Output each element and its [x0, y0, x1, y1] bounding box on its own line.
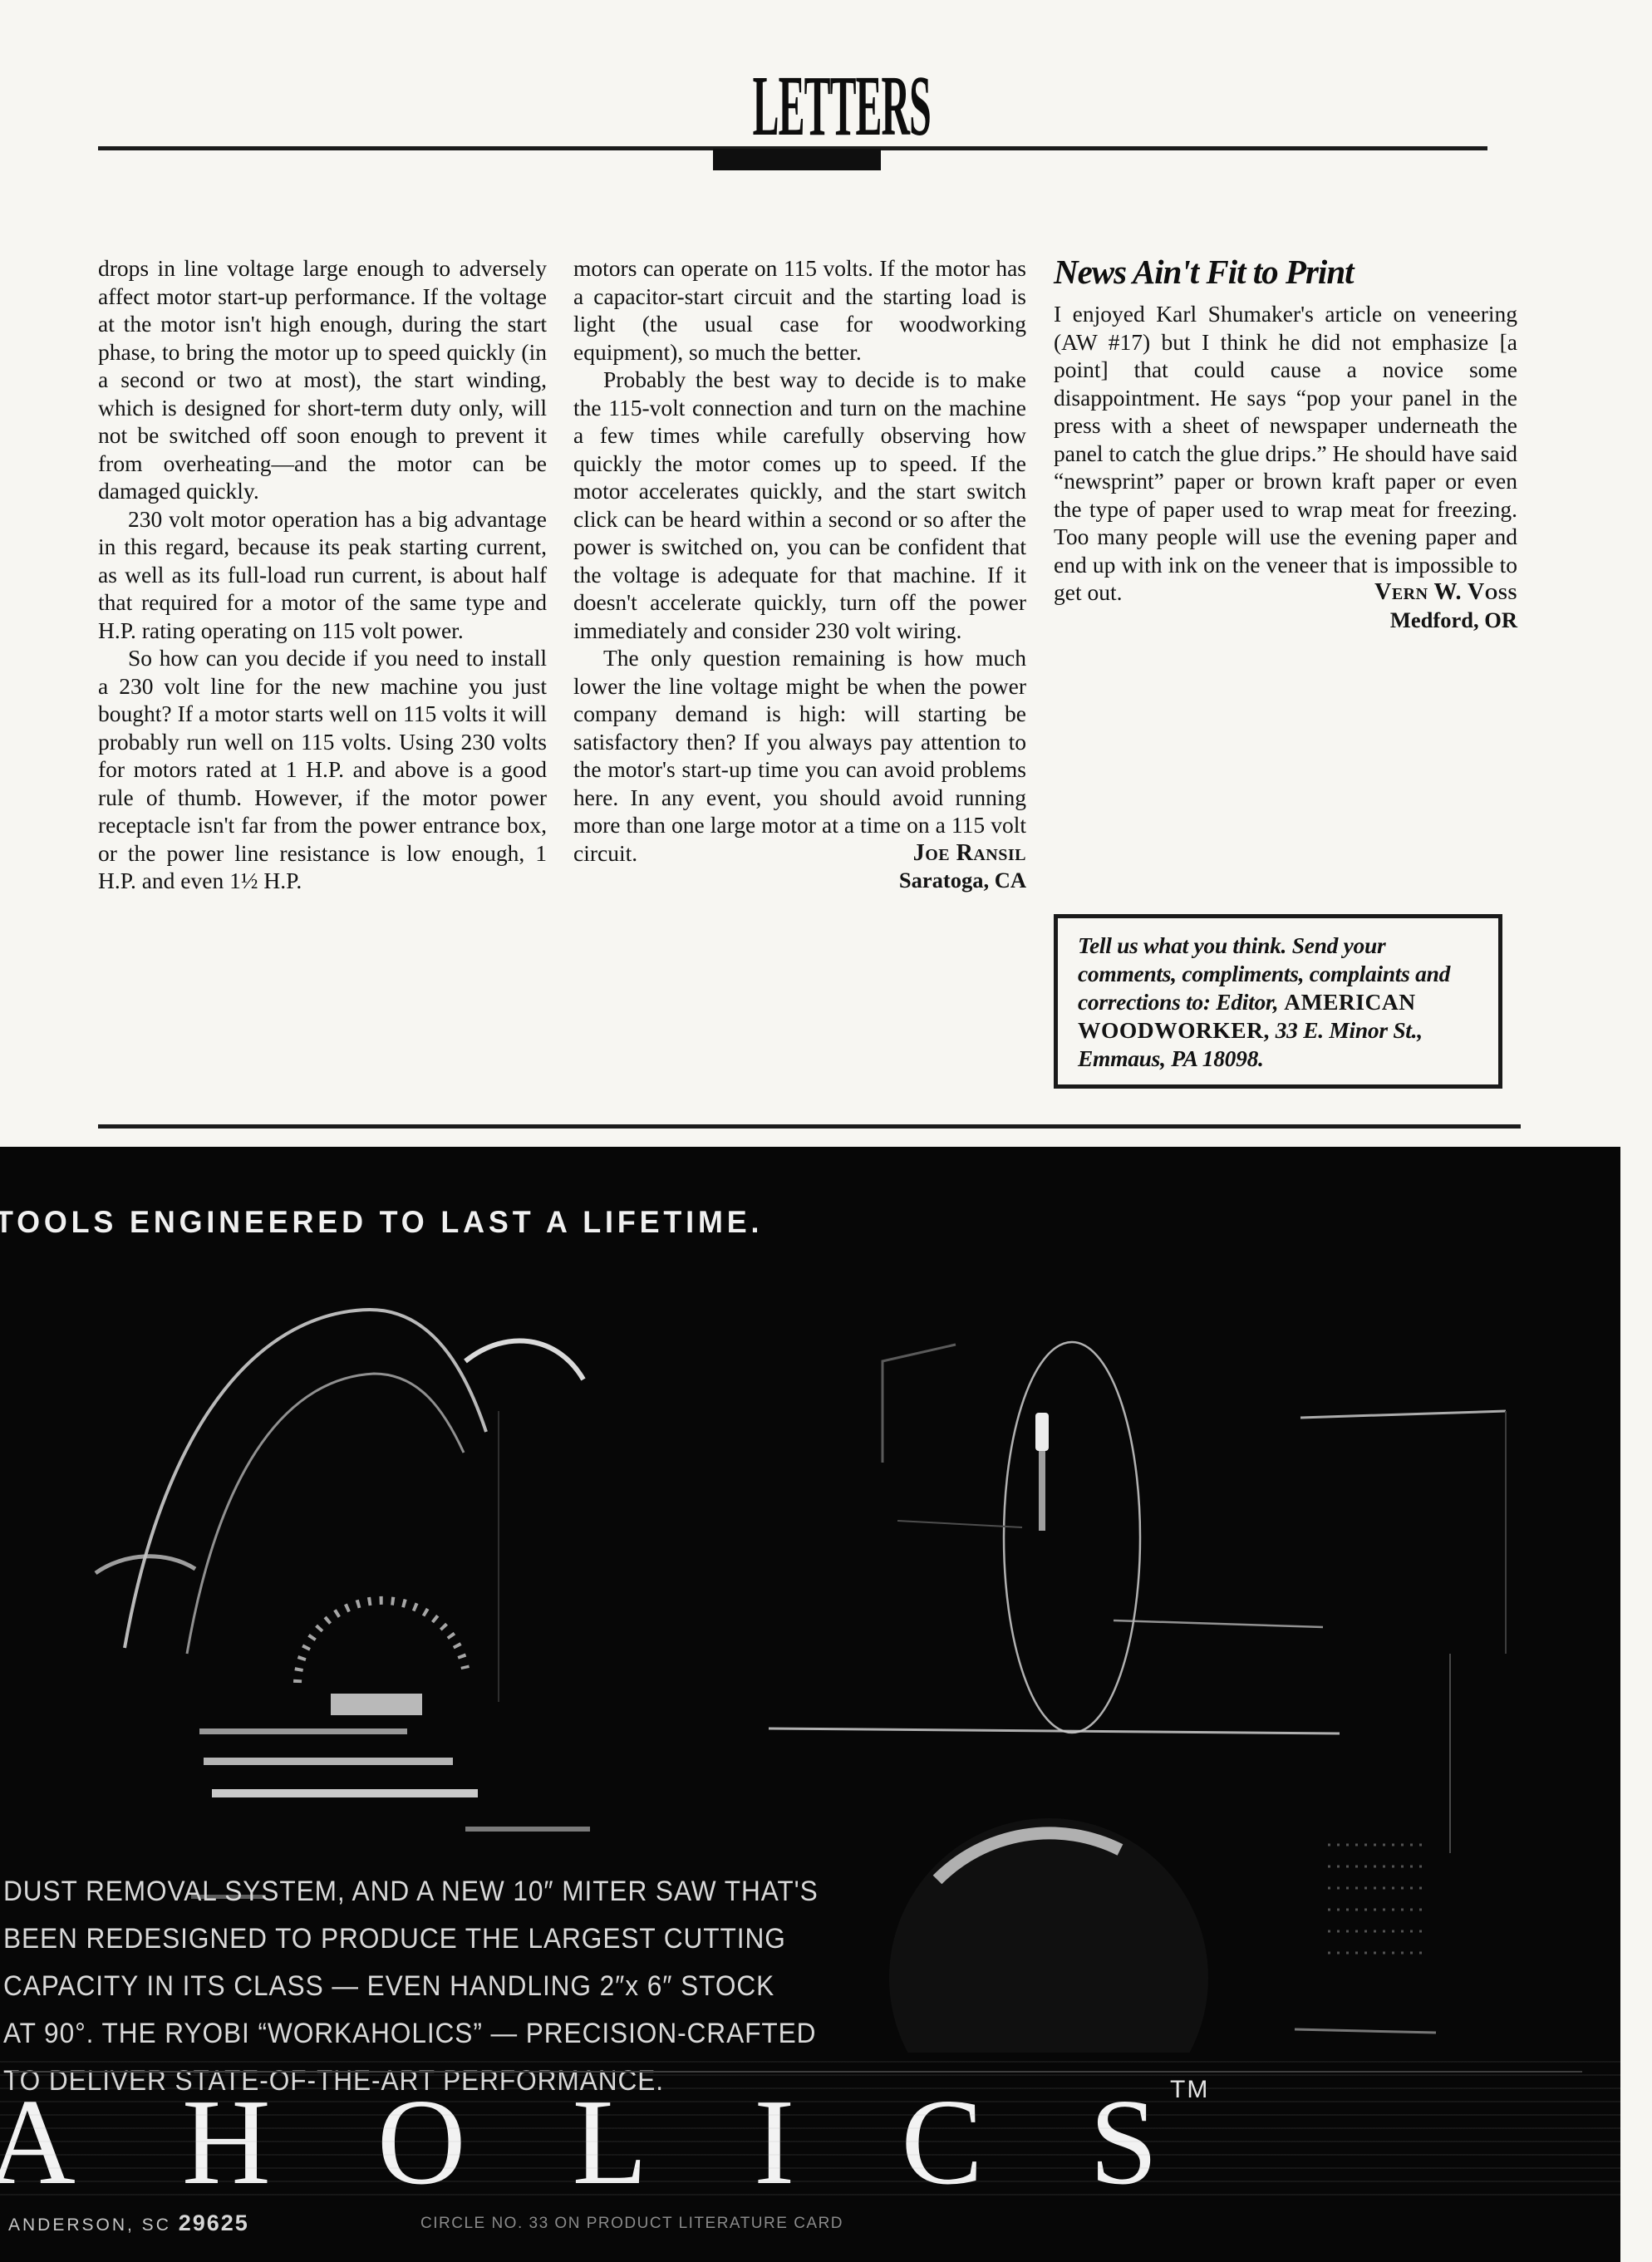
signature-location: Medford, OR [1054, 607, 1517, 635]
signature-name: Vern W. Voss [1054, 578, 1517, 607]
ad-footer-address: ANDERSON, SC 29625 [8, 2210, 249, 2236]
editor-note-box: Tell us what you think. Send your commen… [1054, 914, 1502, 1089]
paragraph: Probably the best way to decide is to ma… [573, 366, 1026, 644]
paragraph: The only question remaining is how much … [573, 644, 1026, 867]
paragraph: 230 volt motor operation has a big advan… [98, 505, 547, 645]
ad-copy-line: CAPACITY IN ITS CLASS — EVEN HANDLING 2″… [3, 1963, 819, 2010]
letters-column-3: News Ain't Fit to Print I enjoyed Karl S… [1054, 254, 1517, 634]
address-city: ANDERSON, SC [8, 2215, 179, 2235]
paragraph: I enjoyed Karl Shumaker's article on ven… [1054, 300, 1517, 607]
address-zip: 29625 [179, 2210, 249, 2235]
magazine-page: { "page": { "masthead": "LETTERS" }, "le… [0, 0, 1652, 2262]
brand-divider-rule [12, 2071, 1582, 2073]
ad-copy-line: AT 90°. THE RYOBI “WORKAHOLICS” — PRECIS… [3, 2010, 819, 2058]
ad-copy-line: BEEN REDESIGNED TO PRODUCE THE LARGEST C… [3, 1915, 819, 1963]
ryobi-advertisement: TOOLS ENGINEERED TO LAST A LIFETIME. [0, 1147, 1620, 2262]
paragraph: drops in line voltage large enough to ad… [98, 254, 547, 505]
trademark-symbol: TM [1170, 2076, 1209, 2104]
section-divider-rule [98, 1124, 1521, 1129]
ad-footer-circle-note: CIRCLE NO. 33 ON PRODUCT LITERATURE CARD [420, 2215, 843, 2233]
paragraph: motors can operate on 115 volts. If the … [573, 254, 1026, 366]
paragraph: So how can you decide if you need to ins… [98, 644, 547, 895]
ad-copy-line: DUST REMOVAL SYSTEM, AND A NEW 10″ MITER… [3, 1868, 819, 1915]
page-title-letters: LETTERS [753, 63, 860, 150]
signature-location: Saratoga, CA [573, 867, 1026, 895]
workaholics-wordmark: AHOLICS [0, 2081, 1264, 2204]
letters-column-2: motors can operate on 115 volts. If the … [573, 254, 1026, 895]
ad-copy-block: DUST REMOVAL SYSTEM, AND A NEW 10″ MITER… [3, 1868, 879, 2105]
ad-headline: TOOLS ENGINEERED TO LAST A LIFETIME. [0, 1205, 763, 1240]
letter-heading: News Ain't Fit to Print [1054, 254, 1517, 290]
letters-column-1: drops in line voltage large enough to ad… [98, 254, 547, 895]
signature-name: Joe Ransil [573, 839, 1026, 868]
masthead-block [713, 149, 881, 170]
